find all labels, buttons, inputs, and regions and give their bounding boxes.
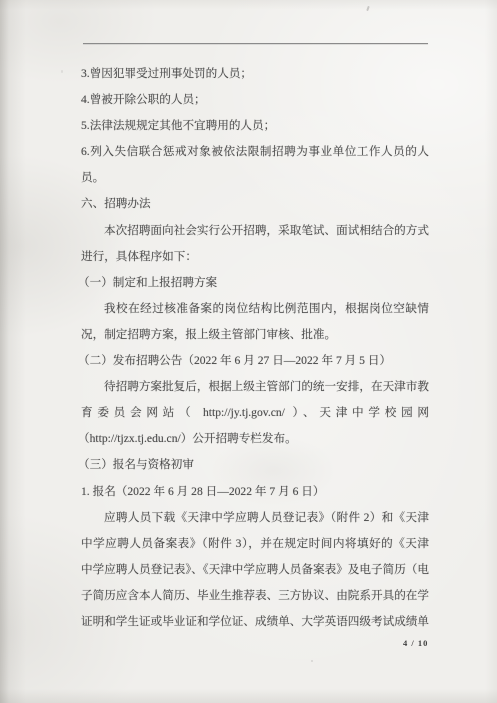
text-line: （http://tjzx.tj.edu.cn/）公开招聘专栏发布。 xyxy=(78,426,429,452)
document-body: 3.曾因犯罪受过刑事处罚的人员；4.曾被开除公职的人员；5.法律法规规定其他不宜… xyxy=(81,61,429,635)
text-line: 中学应聘人员备案表》（附件 3），并在规定时间内将填好的《天津 xyxy=(81,531,429,557)
text-line: （二）发布招聘公告（2022 年 6 月 27 日—2022 年 7 月 5 日… xyxy=(78,348,429,374)
text-line: 我校在经过核准备案的岗位结构比例范围内，根据岗位空缺情 xyxy=(81,296,429,322)
text-line: 进行，具体程序如下： xyxy=(81,244,429,270)
text-line: 证明和学生证或毕业证和学位证、成绩单、大学英语四级考试成绩单 xyxy=(81,609,429,635)
text-line: 待招聘方案批复后，根据上级主管部门的统一安排，在天津市教 xyxy=(81,374,429,400)
text-line: 育委员会网站（ http://jy.tj.gov.cn/ ）、天津中学校园网 xyxy=(81,400,429,426)
text-line: 况，制定招聘方案，报上级主管部门审核、批准。 xyxy=(81,322,429,348)
text-line: 六、招聘办法 xyxy=(81,191,429,217)
header-rule xyxy=(83,43,428,44)
text-line: 5.法律法规规定其他不宜聘用的人员； xyxy=(81,113,429,139)
text-line: 1. 报名（2022 年 6 月 28 日—2022 年 7 月 6 日） xyxy=(81,479,429,505)
text-line: （一）制定和上报招聘方案 xyxy=(78,270,429,296)
text-line: 6.列入失信联合惩戒对象被依法限制招聘为事业单位工作人员的人 xyxy=(81,139,429,165)
scan-speck xyxy=(61,70,63,73)
scanned-page: 3.曾因犯罪受过刑事处罚的人员；4.曾被开除公职的人员；5.法律法规规定其他不宜… xyxy=(0,0,497,703)
text-line: 本次招聘面向社会实行公开招聘，采取笔试、面试相结合的方式 xyxy=(81,218,429,244)
scan-speck xyxy=(366,6,370,11)
text-line: 员。 xyxy=(81,165,429,191)
text-line: 3.曾因犯罪受过刑事处罚的人员； xyxy=(81,61,429,87)
text-line: 4.曾被开除公职的人员； xyxy=(81,87,429,113)
scan-speck xyxy=(311,660,313,662)
text-line: （三）报名与资格初审 xyxy=(78,452,429,478)
text-line: 应聘人员下载《天津中学应聘人员登记表》（附件 2）和《天津 xyxy=(81,505,429,531)
page-number: 4 / 10 xyxy=(403,638,428,648)
text-line: 中学应聘人员登记表》、《天津中学应聘人员备案表》及电子简历（电 xyxy=(81,557,429,583)
text-line: 子简历应含本人简历、毕业生推荐表、三方协议、由院系开具的在学 xyxy=(81,583,429,609)
